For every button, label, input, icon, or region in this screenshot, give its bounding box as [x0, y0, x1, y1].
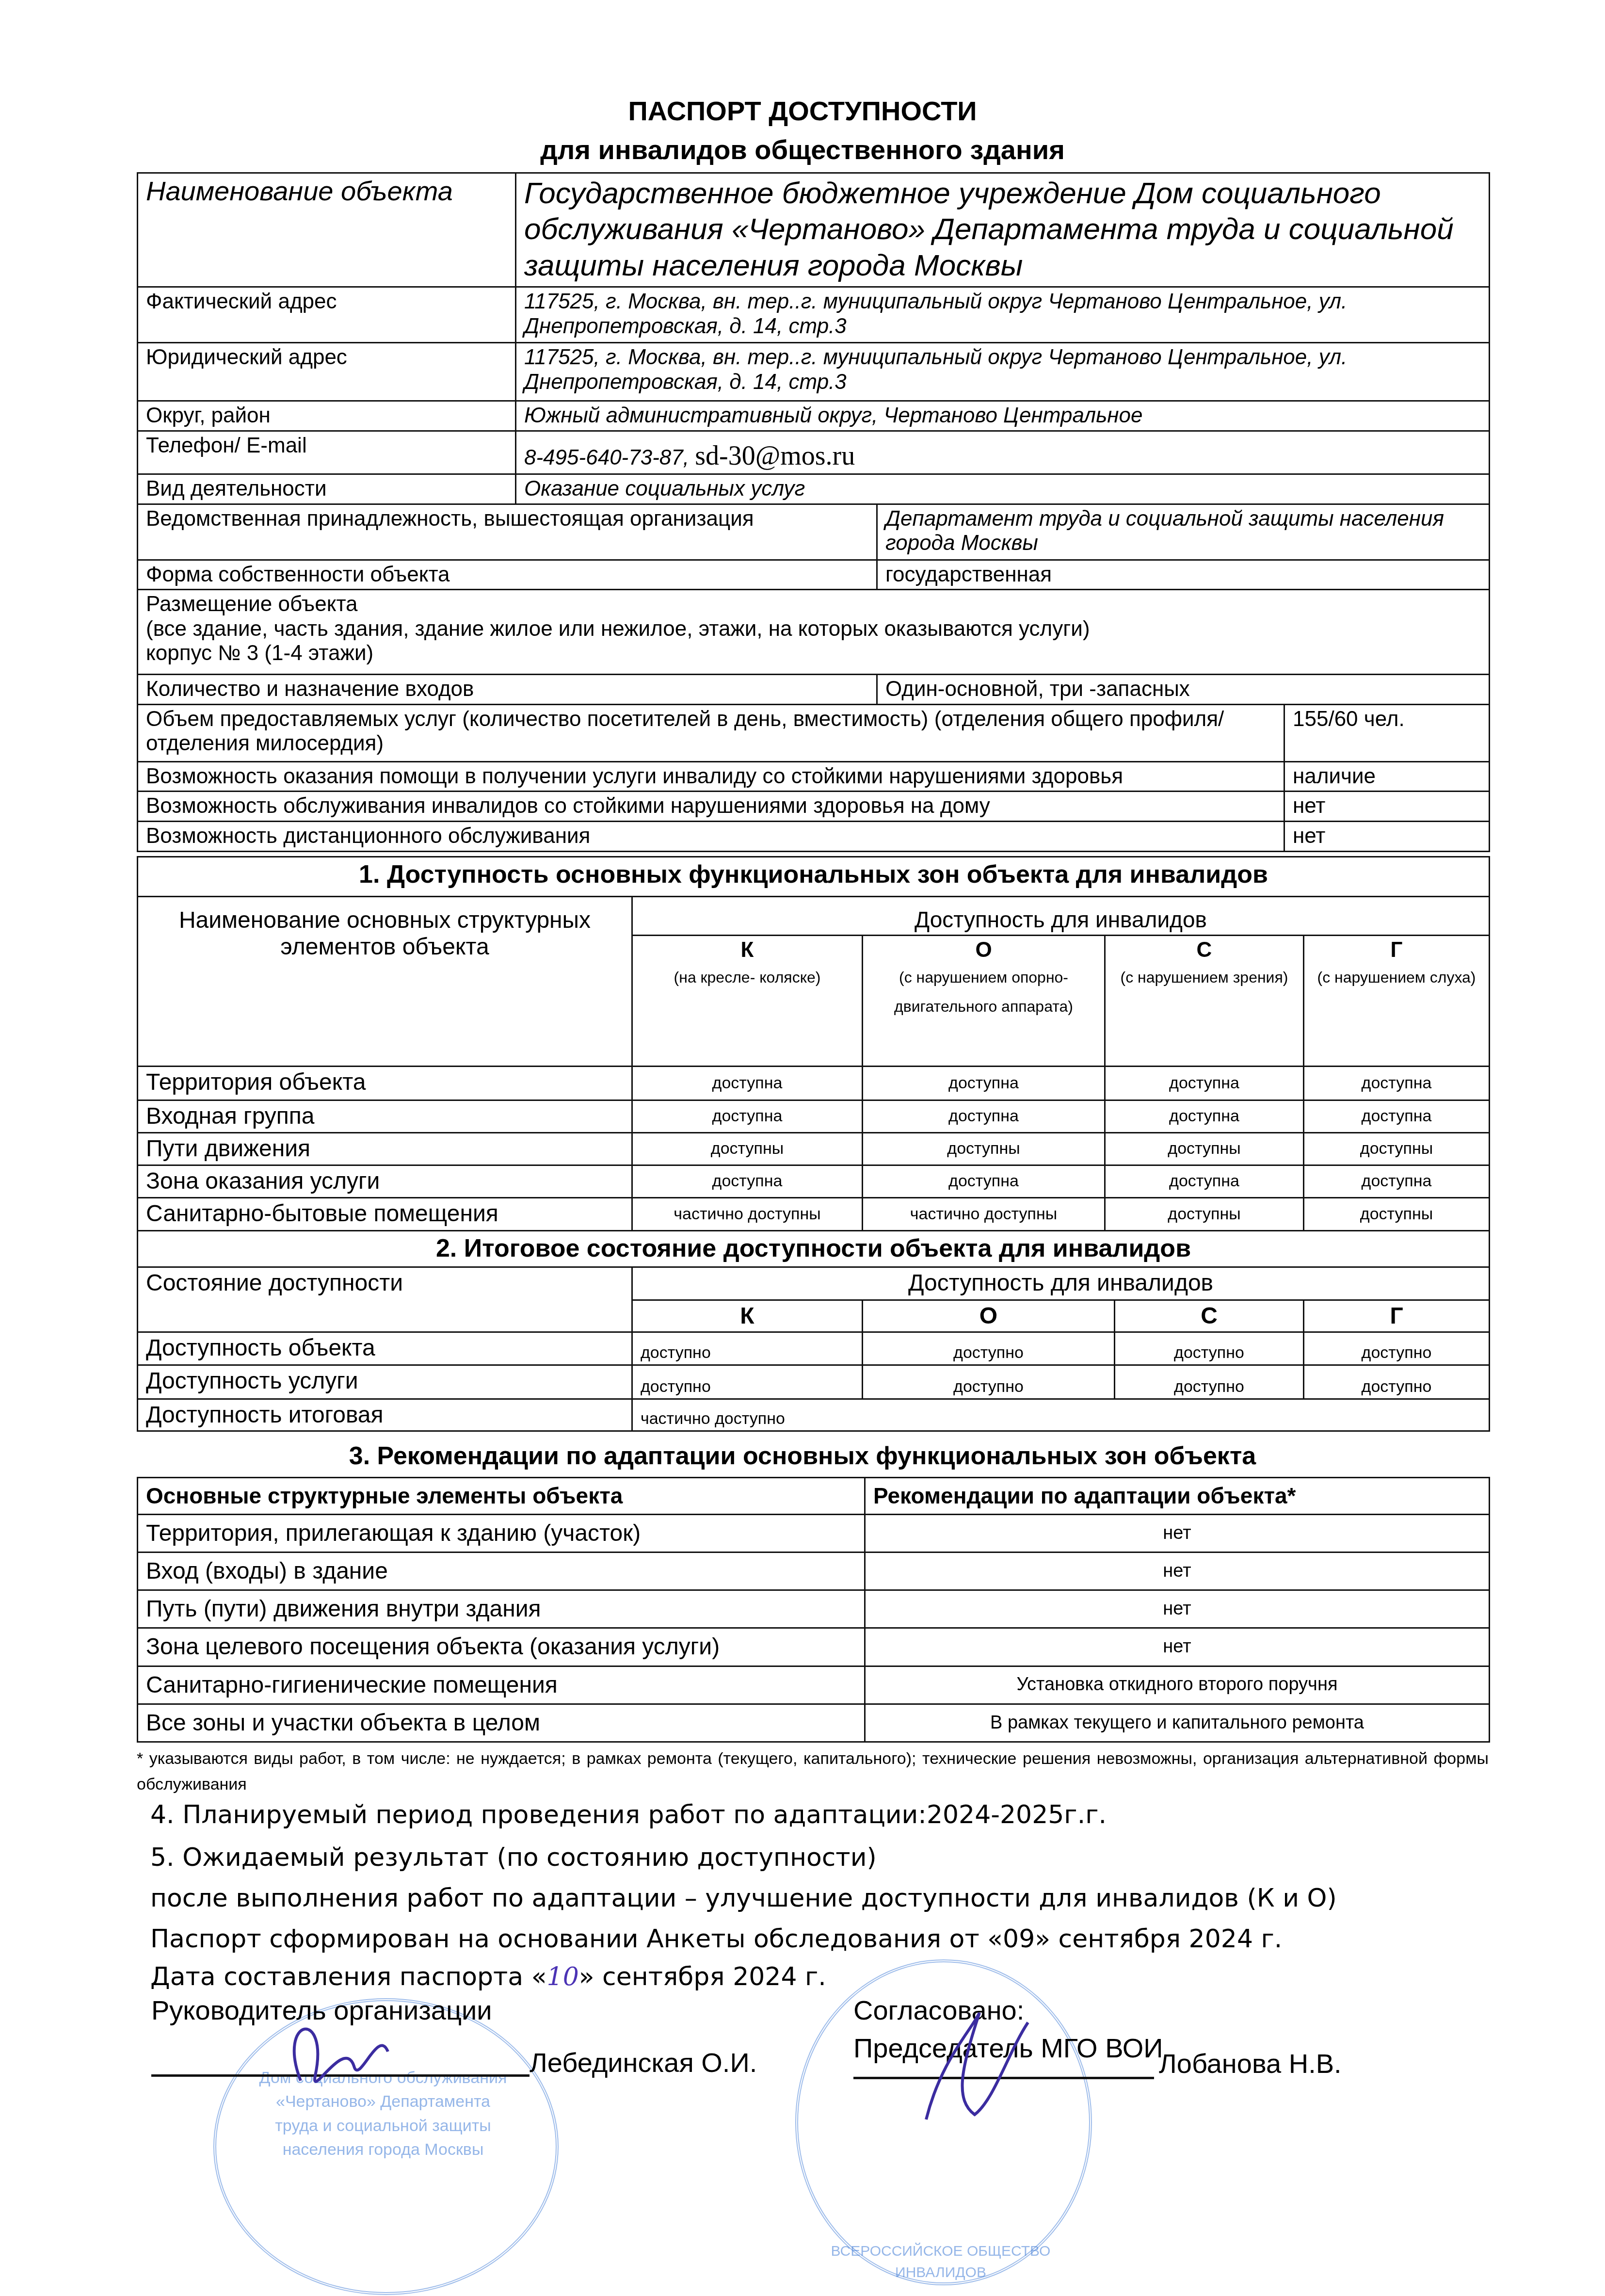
phone: 8-495-640-73-87,: [524, 446, 689, 469]
accessibility-value: доступны: [632, 1133, 863, 1165]
accessibility-value: доступна: [1304, 1165, 1490, 1198]
category-code: О: [871, 938, 1096, 963]
object-name: Государственное бюджетное учреждение Дом…: [516, 173, 1490, 287]
accessibility-value: доступны: [1105, 1198, 1304, 1231]
accessibility-value: доступна: [863, 1100, 1105, 1133]
recommendation: Установка откидного второго поручня: [865, 1666, 1490, 1704]
accessibility-value: доступна: [632, 1100, 863, 1133]
accessibility-value: доступно: [1115, 1365, 1304, 1399]
info-label: Телефон/ E-mail: [138, 431, 516, 474]
table-row: Пути движения доступны доступны доступны…: [138, 1133, 1490, 1165]
info-label: Наименование объекта: [138, 173, 516, 287]
zone-name: Пути движения: [138, 1133, 632, 1165]
recommendations-footnote: * указываются виды работ, в том числе: н…: [137, 1746, 1489, 1797]
element-name: Путь (пути) движения внутри здания: [138, 1590, 865, 1628]
left-signatory-name: Лебединская О.И.: [530, 2047, 757, 2078]
table-row: Доступность объекта доступно доступно до…: [138, 1332, 1490, 1365]
column-header-recommendation: Рекомендации по адаптации объекта*: [865, 1478, 1490, 1515]
column-header-accessibility: Доступность для инвалидов: [632, 1267, 1490, 1300]
assistance-availability: наличие: [1284, 761, 1490, 792]
info-label: Ведомственная принадлежность, вышестояща…: [138, 504, 877, 560]
category-desc: (на кресле- коляске): [641, 963, 854, 992]
section-3-title: 3. Рекомендации по адаптации основных фу…: [0, 1441, 1605, 1471]
info-label: Возможность оказания помощи в получении …: [138, 761, 1284, 792]
accessibility-value: доступны: [1304, 1133, 1490, 1165]
zone-name: Санитарно-бытовые помещения: [138, 1198, 632, 1231]
info-row: Форма собственности объекта государствен…: [138, 560, 1490, 590]
info-row: Возможность дистанционного обслуживания …: [138, 821, 1490, 851]
accessibility-value: доступны: [1105, 1133, 1304, 1165]
functional-zones-accessibility-table: 1. Доступность основных функциональных з…: [137, 856, 1490, 1231]
category-code: О: [863, 1300, 1115, 1332]
category-code: Г: [1312, 938, 1481, 963]
column-header-element: Основные структурные элементы объекта: [138, 1478, 865, 1515]
state-name: Доступность итоговая: [138, 1399, 632, 1431]
placement-value: корпус № 3 (1-4 этажи): [146, 641, 1481, 666]
passport-date: Дата составления паспорта «10» сентября …: [150, 1962, 826, 1991]
zone-name: Зона оказания услуги: [138, 1165, 632, 1198]
info-label: Возможность дистанционного обслуживания: [138, 821, 1284, 851]
accessibility-value: частично доступны: [863, 1198, 1105, 1231]
element-name: Все зоны и участки объекта в целом: [138, 1704, 865, 1742]
recommendation: нет: [865, 1590, 1490, 1628]
expected-result-title: 5. Ожидаемый результат (по состоянию дос…: [150, 1843, 877, 1872]
category-code: С: [1113, 938, 1295, 963]
date-prefix: Дата составления паспорта «: [150, 1962, 547, 1991]
column-header-elements: Наименование основных структурных элемен…: [138, 897, 632, 1067]
accessibility-passport-page: ПАСПОРТ ДОСТУПНОСТИ для инвалидов общест…: [0, 0, 1605, 2296]
info-label: Возможность обслуживания инвалидов со ст…: [138, 792, 1284, 822]
adaptation-period: 4. Планируемый период проведения работ п…: [150, 1800, 1107, 1829]
category-desc: (с нарушением зрения): [1113, 963, 1295, 992]
document-subtitle: для инвалидов общественного здания: [0, 134, 1605, 165]
table-row: Доступность услуги доступно доступно дос…: [138, 1365, 1490, 1399]
accessibility-value: доступна: [1304, 1100, 1490, 1133]
voi-stamp-text: ВСЕРОССИЙСКОЕ ОБЩЕСТВО ИНВАЛИДОВ: [805, 2241, 1076, 2283]
object-info-table: Наименование объекта Государственное бюд…: [137, 172, 1490, 852]
right-signature-scribble: [912, 2003, 1038, 2129]
recommendation: нет: [865, 1552, 1490, 1590]
service-volume: 155/60 чел.: [1284, 704, 1490, 761]
parent-organization: Департамент труда и социальной защиты на…: [877, 504, 1490, 560]
info-label: Юридический адрес: [138, 343, 516, 401]
remote-service: нет: [1284, 821, 1490, 851]
accessibility-value: доступно: [1304, 1332, 1490, 1365]
info-row: Объем предоставляемых услуг (количество …: [138, 704, 1490, 761]
legal-address: 117525, г. Москва, вн. тер..г. муниципал…: [516, 343, 1490, 401]
accessibility-value: доступна: [1105, 1100, 1304, 1133]
element-name: Санитарно-гигиенические помещения: [138, 1666, 865, 1704]
category-code: К: [632, 1300, 863, 1332]
info-label: Форма собственности объекта: [138, 560, 877, 590]
section-2-title: 2. Итоговое состояние доступности объект…: [138, 1231, 1490, 1267]
info-row: Ведомственная принадлежность, вышестояща…: [138, 504, 1490, 560]
actual-address: 117525, г. Москва, вн. тер..г. муниципал…: [516, 287, 1490, 343]
ownership-form: государственная: [877, 560, 1490, 590]
section-1-title: 1. Доступность основных функциональных з…: [138, 857, 1490, 897]
table-row: Зона целевого посещения объекта (оказани…: [138, 1628, 1490, 1666]
table-row: Входная группа доступна доступна доступн…: [138, 1100, 1490, 1133]
info-label: Округ, район: [138, 401, 516, 431]
info-row: Фактический адрес 117525, г. Москва, вн.…: [138, 287, 1490, 343]
recommendations-table: Основные структурные элементы объекта Ре…: [137, 1477, 1490, 1743]
date-day-handwritten: 10: [547, 1962, 579, 1991]
left-signature-scribble: [272, 2008, 417, 2105]
table-row: Все зоны и участки объекта в целомВ рамк…: [138, 1704, 1490, 1742]
category-code: К: [641, 938, 854, 963]
element-name: Зона целевого посещения объекта (оказани…: [138, 1628, 865, 1666]
info-label: Количество и назначение входов: [138, 675, 877, 705]
category-desc: (с нарушением опорно-двигательного аппар…: [871, 963, 1096, 1022]
accessibility-value: доступна: [1105, 1165, 1304, 1198]
activity-type: Оказание социальных услуг: [516, 474, 1490, 504]
accessibility-value: доступны: [863, 1133, 1105, 1165]
zone-name: Входная группа: [138, 1100, 632, 1133]
info-row: Возможность оказания помощи в получении …: [138, 761, 1490, 792]
table-row-total: Доступность итоговая частично доступно: [138, 1399, 1490, 1431]
info-label: Фактический адрес: [138, 287, 516, 343]
date-suffix: » сентября 2024 г.: [579, 1962, 826, 1991]
element-name: Вход (входы) в здание: [138, 1552, 865, 1590]
table-row: Территория объекта доступна доступна дос…: [138, 1067, 1490, 1100]
info-row: Наименование объекта Государственное бюд…: [138, 173, 1490, 287]
accessibility-value: доступно: [863, 1365, 1115, 1399]
document-title: ПАСПОРТ ДОСТУПНОСТИ: [0, 95, 1605, 127]
state-name: Доступность объекта: [138, 1332, 632, 1365]
final-accessibility-table: 2. Итоговое состояние доступности объект…: [137, 1230, 1490, 1432]
placement-note: (все здание, часть здания, здание жилое …: [146, 617, 1481, 642]
accessibility-value: доступна: [632, 1165, 863, 1198]
accessibility-value: доступна: [632, 1067, 863, 1100]
accessibility-value: доступно: [863, 1332, 1115, 1365]
info-label: Объем предоставляемых услуг (количество …: [138, 704, 1284, 761]
recommendation: нет: [865, 1514, 1490, 1552]
element-name: Территория, прилегающая к зданию (участо…: [138, 1514, 865, 1552]
passport-basis: Паспорт сформирован на основании Анкеты …: [150, 1924, 1282, 1954]
recommendation: нет: [865, 1628, 1490, 1666]
total-accessibility-value: частично доступно: [632, 1399, 1490, 1431]
info-label: Вид деятельности: [138, 474, 516, 504]
email-link[interactable]: sd-30@mos.ru: [695, 441, 855, 471]
info-row: Количество и назначение входов Один-осно…: [138, 675, 1490, 705]
table-row: Зона оказания услуги доступна доступна д…: [138, 1165, 1490, 1198]
accessibility-value: доступна: [863, 1165, 1105, 1198]
state-name: Доступность услуги: [138, 1365, 632, 1399]
info-row: Размещение объекта (все здание, часть зд…: [138, 590, 1490, 675]
accessibility-value: доступно: [1115, 1332, 1304, 1365]
category-code: С: [1115, 1300, 1304, 1332]
recommendation: В рамках текущего и капитального ремонта: [865, 1704, 1490, 1742]
category-desc: (с нарушением слуха): [1312, 963, 1481, 992]
info-row: Возможность обслуживания инвалидов со ст…: [138, 792, 1490, 822]
info-row: Юридический адрес 117525, г. Москва, вн.…: [138, 343, 1490, 401]
table-row: Вход (входы) в зданиенет: [138, 1552, 1490, 1590]
home-service: нет: [1284, 792, 1490, 822]
category-code: Г: [1304, 1300, 1490, 1332]
accessibility-value: частично доступны: [632, 1198, 863, 1231]
info-label: Размещение объекта: [146, 592, 1481, 617]
accessibility-value: доступна: [863, 1067, 1105, 1100]
table-row: Санитарно-бытовые помещения частично дос…: [138, 1198, 1490, 1231]
table-row: Путь (пути) движения внутри зданиянет: [138, 1590, 1490, 1628]
expected-result-text: после выполнения работ по адаптации – ул…: [150, 1884, 1337, 1913]
table-row: Территория, прилегающая к зданию (участо…: [138, 1514, 1490, 1552]
accessibility-value: доступна: [1105, 1067, 1304, 1100]
column-header-accessibility: Доступность для инвалидов: [632, 897, 1490, 936]
entrances: Один-основной, три -запасных: [877, 675, 1490, 705]
accessibility-value: доступно: [632, 1332, 863, 1365]
zone-name: Территория объекта: [138, 1067, 632, 1100]
info-row: Вид деятельности Оказание социальных усл…: [138, 474, 1490, 504]
info-row: Округ, район Южный административный окру…: [138, 401, 1490, 431]
accessibility-value: доступно: [632, 1365, 863, 1399]
column-header-state: Состояние доступности: [138, 1267, 632, 1332]
right-signatory-name: Лобанова Н.В.: [1159, 2048, 1342, 2079]
accessibility-value: доступна: [1304, 1067, 1490, 1100]
table-row: Санитарно-гигиенические помещенияУстанов…: [138, 1666, 1490, 1704]
district: Южный административный округ, Чертаново …: [516, 401, 1490, 431]
accessibility-value: доступно: [1304, 1365, 1490, 1399]
accessibility-value: доступны: [1304, 1198, 1490, 1231]
info-row: Телефон/ E-mail 8-495-640-73-87, sd-30@m…: [138, 431, 1490, 474]
